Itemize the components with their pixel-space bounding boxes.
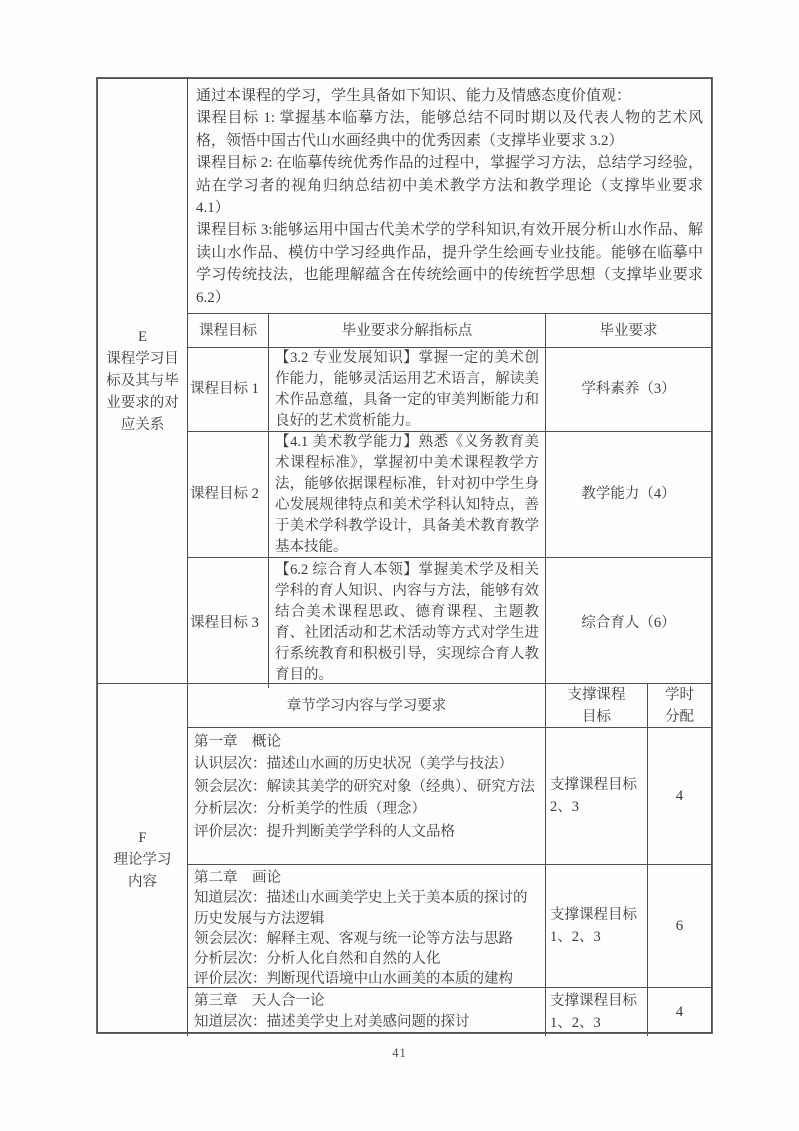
chapter-1-hours: 4 [648,728,711,865]
objective-2-requirement: 教学能力（4） [546,432,711,558]
chapter-2-content: 第二章 画论 知道层次：描述山水画美学史上关于美本质的探讨的历史发展与方法逻辑 … [188,865,546,988]
course-objectives-intro: 通过本课程的学习，学生具备如下知识、能力及情感态度价值观： 课程目标 1: 掌握… [188,79,711,314]
chapter-2-hours: 6 [648,865,711,988]
section-f-label-cell: F 理论学习 内容 [98,684,188,1036]
objective-3-label: 课程目标 3 [188,558,269,688]
header-indicator-point: 毕业要求分解指标点 [269,314,546,348]
objective-1-requirement: 学科素养（3） [546,348,711,432]
section-e-letter: E [138,326,147,348]
section-f-body: 章节学习内容与学习要求 支撑课程 目标 学时 分配 第一章 概论 认识层次：描述… [188,684,711,1036]
page-number: 41 [0,1046,799,1061]
header-graduation-requirement: 毕业要求 [546,314,711,348]
section-f-letter: F [138,827,146,849]
chapter-2-support: 支撑课程目标 1、2、3 [546,865,648,988]
objective-3-requirement: 综合育人（6） [546,558,711,688]
chapter-1-support: 支撑课程目标 2、3 [546,728,648,865]
objective-1-label: 课程目标 1 [188,348,269,432]
header-chapter-content: 章节学习内容与学习要求 [188,684,546,728]
course-syllabus-table: E 课程学习目 标及其与毕 业要求的对 应关系 通过本课程的学习，学生具备如下知… [97,78,712,1033]
chapters-table: 章节学习内容与学习要求 支撑课程 目标 学时 分配 第一章 概论 认识层次：描述… [188,684,711,1036]
objective-2-label: 课程目标 2 [188,432,269,558]
chapter-3-support: 支撑课程目标 1、2、3 [546,988,648,1036]
section-e-body: 通过本课程的学习，学生具备如下知识、能力及情感态度价值观： 课程目标 1: 掌握… [188,79,711,683]
objective-3-indicator: 【6.2 综合育人本领】掌握美术学及相关学科的育人知识、内容与方法，能够有效结合… [269,558,546,688]
objectives-mapping-table: 课程目标 毕业要求分解指标点 毕业要求 课程目标 1 【3.2 专业发展知识】掌… [188,314,711,688]
section-e-label-cell: E 课程学习目 标及其与毕 业要求的对 应关系 [98,79,188,683]
section-e-title: 课程学习目 标及其与毕 业要求的对 应关系 [106,348,179,436]
section-f-title: 理论学习 内容 [114,849,172,893]
header-hours-allocation: 学时 分配 [648,684,711,728]
chapter-3-hours: 4 [648,988,711,1036]
header-course-objective: 课程目标 [188,314,269,348]
chapter-1-content: 第一章 概论 认识层次：描述山水画的历史状况（美学与技法） 领会层次：解读其美学… [188,728,546,865]
section-e-course-objectives: E 课程学习目 标及其与毕 业要求的对 应关系 通过本课程的学习，学生具备如下知… [98,79,711,684]
section-f-theory-content: F 理论学习 内容 章节学习内容与学习要求 支撑课程 目标 学时 分配 第一章 … [98,684,711,1036]
header-supported-objectives: 支撑课程 目标 [546,684,648,728]
objective-2-indicator: 【4.1 美术教学能力】熟悉《义务教育美术课程标准》，掌握初中美术课程教学方法，… [269,432,546,558]
objective-1-indicator: 【3.2 专业发展知识】掌握一定的美术创作能力，能够灵活运用艺术语言，解读美术作… [269,348,546,432]
chapter-3-content: 第三章 天人合一论 知道层次：描述美学史上对美感问题的探讨 [188,988,546,1036]
